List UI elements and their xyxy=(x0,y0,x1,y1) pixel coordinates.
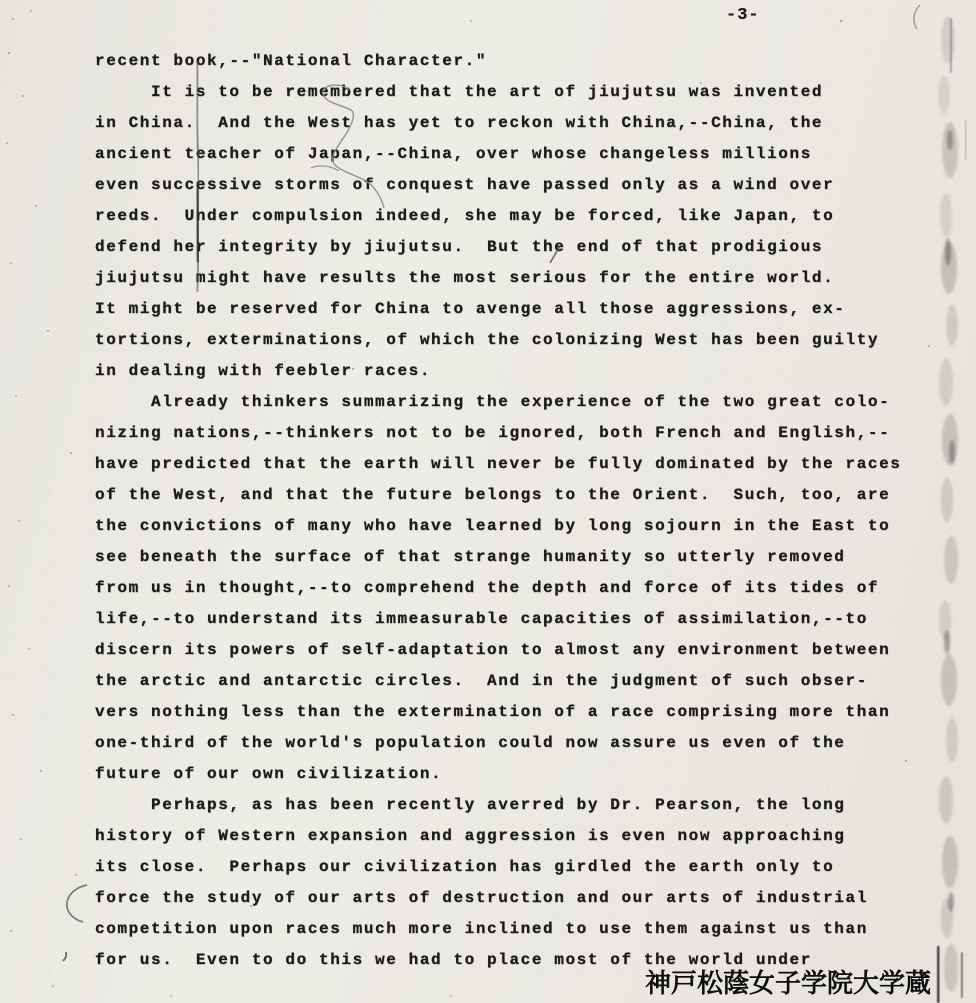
text-line: tortions, exterminations, of which the c… xyxy=(95,325,935,356)
document-text: recent book,--"National Character." It i… xyxy=(95,46,935,976)
text-line: life,--to understand its immeasurable ca… xyxy=(95,604,935,635)
margin-paren xyxy=(67,885,87,922)
text-line: its close. Perhaps our civilization has … xyxy=(95,852,935,883)
text-line: ancient teacher of Japan,--China, over w… xyxy=(95,139,935,170)
text-line: of the West, and that the future belongs… xyxy=(95,480,935,511)
text-line: Already thinkers summarizing the experie… xyxy=(95,387,935,418)
text-line: see beneath the surface of that strange … xyxy=(95,542,935,573)
text-line: defend her integrity by jiujutsu. But th… xyxy=(95,232,935,263)
text-line: one-third of the world's population coul… xyxy=(95,728,935,759)
document-page: -3- recent book,--"National Character." … xyxy=(0,0,976,1003)
text-line: from us in thought,--to comprehend the d… xyxy=(95,573,935,604)
text-line: have predicted that the earth will never… xyxy=(95,449,935,480)
text-line: the convictions of many who have learned… xyxy=(95,511,935,542)
edge-dashes xyxy=(937,18,967,1003)
library-stamp: 神戸松蔭女子学院大学蔵 xyxy=(645,963,931,1000)
margin-comma xyxy=(63,952,66,961)
text-line: It might be reserved for China to avenge… xyxy=(95,294,935,325)
text-line: reeds. Under compulsion indeed, she may … xyxy=(95,201,935,232)
edge-noise-band xyxy=(938,16,958,992)
text-line: jiujutsu might have results the most ser… xyxy=(95,263,935,294)
text-line: even successive storms of conquest have … xyxy=(95,170,935,201)
text-line: in dealing with feebler races. xyxy=(95,356,935,387)
text-line: force the study of our arts of destructi… xyxy=(95,883,935,914)
scan-speckles xyxy=(0,0,2,2)
text-line: in China. And the West has yet to reckon… xyxy=(95,108,935,139)
text-line: history of Western expansion and aggress… xyxy=(95,821,935,852)
text-line: recent book,--"National Character." xyxy=(95,46,935,77)
text-line: competition upon races much more incline… xyxy=(95,914,935,945)
corner-paren xyxy=(914,5,920,29)
text-line: nizing nations,--thinkers not to be igno… xyxy=(95,418,935,449)
text-line: vers nothing less than the extermination… xyxy=(95,697,935,728)
text-line: future of our own civilization. xyxy=(95,759,935,790)
page-number: -3- xyxy=(726,6,760,25)
text-line: Perhaps, as has been recently averred by… xyxy=(95,790,935,821)
text-line: discern its powers of self-adaptation to… xyxy=(95,635,935,666)
text-line: the arctic and antarctic circles. And in… xyxy=(95,666,935,697)
text-line: It is to be remembered that the art of j… xyxy=(95,77,935,108)
